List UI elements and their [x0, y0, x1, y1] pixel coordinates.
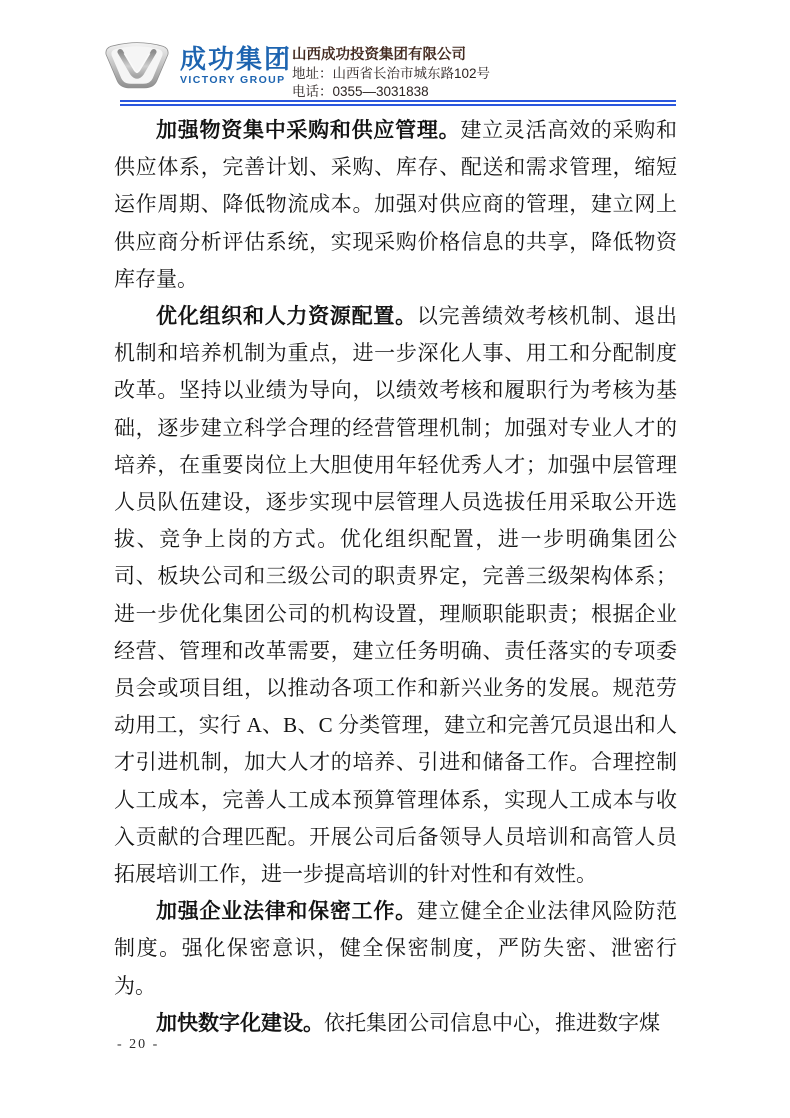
- paragraph-text: 依托集团公司信息中心，推进数字煤: [324, 1011, 660, 1035]
- paragraph-organization-hr: 优化组织和人力资源配置。以完善绩效考核机制、退出机制和培养机制为重点，进一步深化…: [114, 298, 677, 893]
- paragraph-legal-confidentiality: 加强企业法律和保密工作。建立健全企业法律风险防范制度。强化保密意识，健全保密制度…: [114, 893, 677, 1005]
- company-phone: 电话：0355—3031838: [292, 84, 490, 100]
- brand-name-en: VICTORY GROUP: [180, 74, 280, 87]
- brand-block: 成功集团 VICTORY GROUP: [180, 46, 280, 87]
- company-address: 地址：山西省长治市城东路102号: [292, 66, 490, 82]
- paragraph-text: 建立灵活高效的采购和供应体系，完善计划、采购、库存、配送和需求管理，缩短运作周期…: [114, 118, 677, 291]
- header-divider-rule: [120, 100, 676, 106]
- paragraph-lead: 优化组织和人力资源配置。: [156, 304, 417, 328]
- victory-v-emblem-icon: [104, 38, 170, 91]
- company-name: 山西成功投资集团有限公司: [292, 47, 490, 64]
- paragraph-text: 以完善绩效考核机制、退出机制和培养机制为重点，进一步深化人事、用工和分配制度改革…: [114, 304, 677, 886]
- paragraph-digitalization: 加快数字化建设。依托集团公司信息中心，推进数字煤: [114, 1005, 677, 1042]
- brand-name-cn: 成功集团: [180, 46, 280, 72]
- paragraph-lead: 加强物资集中采购和供应管理。: [156, 118, 460, 142]
- page-number: - 20 -: [117, 1037, 159, 1053]
- paragraph-procurement: 加强物资集中采购和供应管理。建立灵活高效的采购和供应体系，完善计划、采购、库存、…: [114, 112, 677, 298]
- document-page: 成功集团 VICTORY GROUP 山西成功投资集团有限公司 地址：山西省长治…: [0, 0, 790, 1118]
- paragraph-lead: 加快数字化建设。: [156, 1011, 324, 1035]
- company-info: 山西成功投资集团有限公司 地址：山西省长治市城东路102号 电话：0355—30…: [292, 47, 490, 100]
- letterhead: 成功集团 VICTORY GROUP 山西成功投资集团有限公司 地址：山西省长治…: [104, 38, 490, 100]
- paragraph-lead: 加强企业法律和保密工作。: [156, 899, 417, 923]
- document-body: 加强物资集中采购和供应管理。建立灵活高效的采购和供应体系，完善计划、采购、库存、…: [114, 112, 677, 1042]
